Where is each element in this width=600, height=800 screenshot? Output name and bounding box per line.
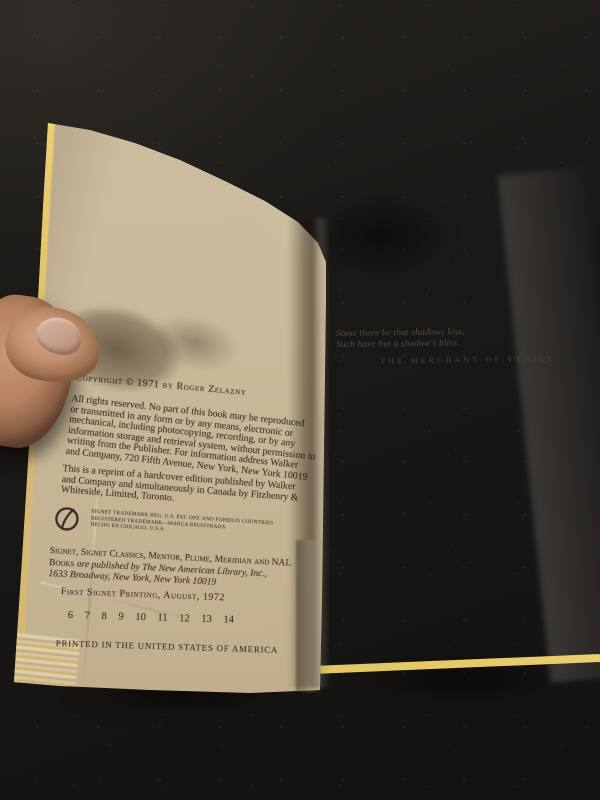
page-gutter-lower [296, 540, 322, 692]
book-photo: Some there be that shadows kiss, Such ha… [0, 0, 600, 800]
trademark-text: SIGNET TRADEMARK REG. U.S. PAT. OFF. AND… [90, 509, 273, 541]
epigraph-attribution: THE MERCHANT OF VENICE [380, 354, 555, 365]
epigraph-quote-line: Such have but a shadow's bliss. [336, 337, 555, 351]
epigraph: Some there be that shadows kiss, Such ha… [336, 326, 556, 366]
printed-in-usa-line: PRINTED IN THE UNITED STATES OF AMERICA [56, 638, 279, 655]
books-word: Books [49, 558, 75, 569]
signet-logo-icon [52, 503, 82, 535]
printing-number-line: 6 7 8 9 10 11 12 13 14 [68, 610, 234, 626]
